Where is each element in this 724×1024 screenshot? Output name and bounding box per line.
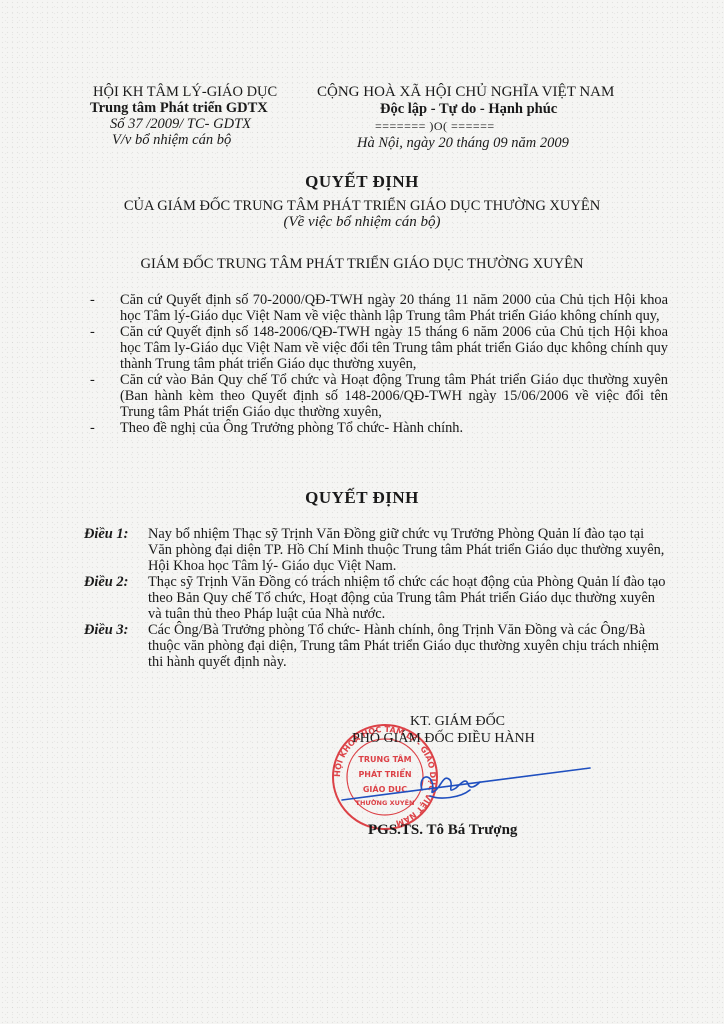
bullet-dash: -	[88, 420, 120, 436]
scanned-document-page: HỘI KH TÂM LÝ-GIÁO DỤC Trung tâm Phát tr…	[0, 0, 724, 1024]
handwritten-signature-icon	[340, 760, 600, 810]
signatory-name: PGS.TS. Tô Bá Trượng	[368, 822, 517, 839]
national-header: CỘNG HOÀ XÃ HỘI CHỦ NGHĨA VIỆT NAM Độc l…	[315, 84, 655, 152]
issuer-line: GIÁM ĐỐC TRUNG TÂM PHÁT TRIỂN GIÁO DỤC T…	[0, 256, 724, 273]
bullet-dash: -	[88, 292, 120, 324]
document-number: Số 37 /2009/ TC- GDTX	[90, 116, 300, 132]
legal-basis-item: - Căn cứ Quyết định số 148-2006/QĐ-TWH n…	[88, 324, 668, 372]
legal-basis-item: - Căn cứ vào Bản Quy chế Tổ chức và Hoạt…	[88, 372, 668, 420]
legal-basis-item: - Căn cứ Quyết định số 70-2000/QĐ-TWH ng…	[88, 292, 668, 324]
nation-name: CỘNG HOÀ XÃ HỘI CHỦ NGHĨA VIỆT NAM	[315, 84, 655, 101]
org-name: HỘI KH TÂM LÝ-GIÁO DỤC	[90, 84, 300, 100]
article-item: Điều 3: Các Ông/Bà Trưởng phòng Tổ chức-…	[84, 622, 669, 670]
legal-basis-item: - Theo đề nghị của Ông Trưởng phòng Tổ c…	[88, 420, 668, 436]
document-subject: V/v bổ nhiệm cán bộ	[90, 132, 300, 148]
document-subtitle: CỦA GIÁM ĐỐC TRUNG TÂM PHÁT TRIỂN GIÁO D…	[0, 198, 724, 215]
header-separator: ======= )O( ======	[315, 118, 655, 135]
legal-basis-text: Căn cứ Quyết định số 148-2006/QĐ-TWH ngà…	[120, 324, 668, 372]
legal-basis-text: Theo đề nghị của Ông Trưởng phòng Tổ chứ…	[120, 420, 668, 436]
issuing-body-header: HỘI KH TÂM LÝ-GIÁO DỤC Trung tâm Phát tr…	[90, 84, 300, 148]
article-label: Điều 3:	[84, 622, 148, 670]
bullet-dash: -	[88, 324, 120, 372]
signature-position: PHÓ GIÁM ĐỐC ĐIỀU HÀNH	[352, 731, 535, 747]
legal-basis-text: Căn cứ Quyết định số 70-2000/QĐ-TWH ngày…	[120, 292, 668, 324]
decision-heading: QUYẾT ĐỊNH	[0, 488, 724, 508]
national-motto: Độc lập - Tự do - Hạnh phúc	[315, 101, 655, 118]
unit-name: Trung tâm Phát triển GDTX	[90, 100, 300, 116]
article-text: Nay bổ nhiệm Thạc sỹ Trịnh Văn Đồng giữ …	[148, 526, 669, 574]
document-title: QUYẾT ĐỊNH	[0, 172, 724, 192]
article-text: Thạc sỹ Trịnh Văn Đồng có trách nhiệm tổ…	[148, 574, 669, 622]
article-label: Điều 1:	[84, 526, 148, 574]
articles-list: Điều 1: Nay bổ nhiệm Thạc sỹ Trịnh Văn Đ…	[84, 526, 669, 670]
legal-basis-text: Căn cứ vào Bản Quy chế Tổ chức và Hoạt đ…	[120, 372, 668, 420]
article-label: Điều 2:	[84, 574, 148, 622]
article-item: Điều 1: Nay bổ nhiệm Thạc sỹ Trịnh Văn Đ…	[84, 526, 669, 574]
article-item: Điều 2: Thạc sỹ Trịnh Văn Đồng có trách …	[84, 574, 669, 622]
article-text: Các Ông/Bà Trưởng phòng Tổ chức- Hành ch…	[148, 622, 669, 670]
subject-line: (Về việc bổ nhiệm cán bộ)	[0, 214, 724, 231]
signature-on-behalf: KT. GIÁM ĐỐC	[410, 714, 505, 730]
place-date: Hà Nội, ngày 20 tháng 09 năm 2009	[315, 135, 655, 152]
legal-bases-list: - Căn cứ Quyết định số 70-2000/QĐ-TWH ng…	[88, 292, 668, 436]
bullet-dash: -	[88, 372, 120, 420]
